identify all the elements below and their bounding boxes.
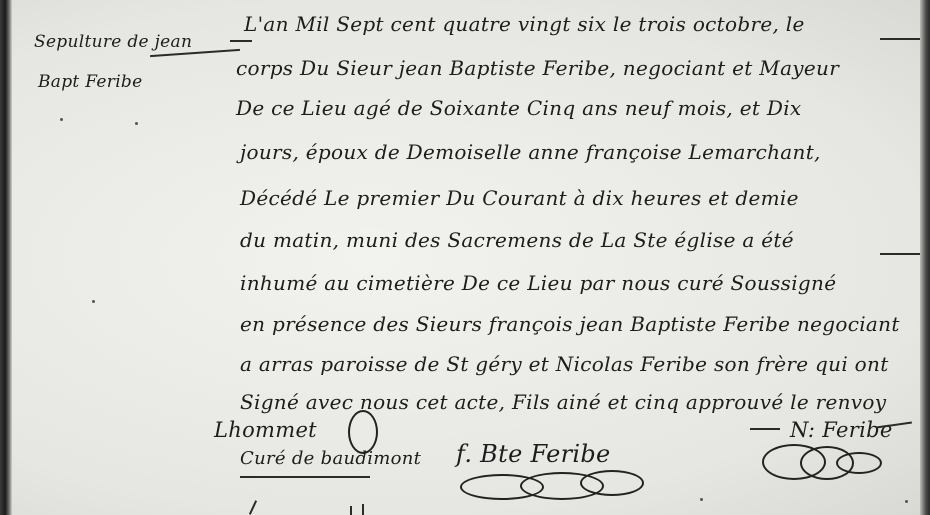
body-line-6: du matin, muni des Sacremens de La Ste é… (240, 228, 794, 252)
next-entry-stroke (362, 504, 364, 515)
line-end-rule (880, 38, 920, 40)
body-line-5: Décédé Le premier Du Courant à dix heure… (240, 186, 799, 210)
margin-note: Sepulture de jean Bapt Feribe (34, 22, 192, 102)
line-end-rule (880, 253, 920, 255)
body-line-3: De ce Lieu agé de Soixante Cinq ans neuf… (236, 96, 802, 120)
body-line-1: L'an Mil Sept cent quatre vingt six le t… (244, 12, 805, 36)
signature-brother-flourish-3 (836, 452, 882, 474)
line-end-rule (230, 40, 252, 42)
signature-brother-dash (750, 428, 780, 430)
paper-speck (135, 122, 138, 125)
body-line-7: inhumé au cimetière De ce Lieu par nous … (240, 271, 836, 295)
signature-son: f. Bte Feribe (456, 440, 611, 468)
paper-speck (92, 300, 95, 303)
signature-priest-name: Lhommet (214, 418, 317, 442)
body-line-10: Signé avec nous cet acte, Fils ainé et c… (240, 390, 886, 414)
page-right-edge (920, 0, 930, 515)
paper-speck (60, 118, 63, 121)
signature-son-flourish-3 (580, 470, 644, 496)
body-line-8: en présence des Sieurs françois jean Bap… (240, 312, 900, 336)
body-line-4: jours, époux de Demoiselle anne françois… (240, 140, 821, 164)
margin-note-line-2: Bapt Feribe (38, 62, 192, 102)
signature-underline (240, 476, 370, 478)
paper-speck (700, 498, 703, 501)
document-page: Sepulture de jean Bapt Feribe L'an Mil S… (0, 0, 930, 515)
paper-speck (905, 500, 908, 503)
next-entry-stroke (249, 500, 257, 514)
body-line-2: corps Du Sieur jean Baptiste Feribe, neg… (236, 56, 839, 80)
signature-brother: N: Feribe (790, 418, 893, 442)
book-binding-edge (0, 0, 12, 515)
margin-note-line-1: Sepulture de jean (34, 22, 192, 62)
next-entry-stroke (350, 506, 352, 515)
signature-priest-title: Curé de baudimont (240, 448, 421, 469)
body-line-9: a arras paroisse de St géry et Nicolas F… (240, 352, 889, 376)
